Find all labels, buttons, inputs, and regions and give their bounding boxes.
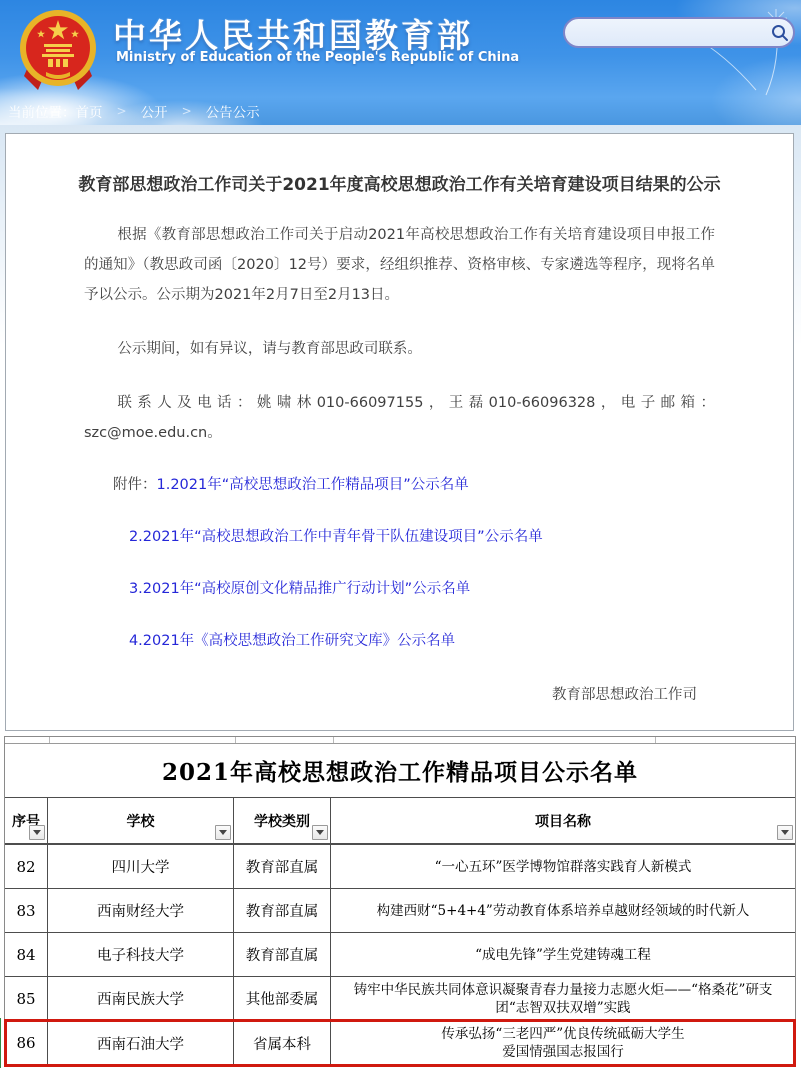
document-title: 教育部思想政治工作司关于2021年度高校思想政治工作有关培育建设项目结果的公示 — [6, 174, 793, 196]
row-project: 构建西财“5+4+4”劳动教育体系培养卓越财经领域的时代新人 — [331, 889, 795, 932]
search-bar — [563, 17, 795, 48]
column-header-project: 项目名称 — [331, 798, 795, 843]
paragraph: 公示期间，如有异议，请与教育部思政司联系。 — [84, 334, 715, 364]
table-title: 2021年高校思想政治工作精品项目公示名单 — [5, 743, 795, 798]
attachment-link-3[interactable]: 3.2021年“高校原创文化精品推广行动计划”公示名单 — [129, 581, 470, 597]
filter-dropdown-icon[interactable] — [215, 825, 231, 840]
table-header-row: 序号 学校 学校类别 项目名称 — [5, 798, 795, 845]
row-no: 84 — [5, 933, 48, 976]
column-header-category: 学校类别 — [234, 798, 331, 843]
row-no: 83 — [5, 889, 48, 932]
document-body: 根据《教育部思想政治工作司关于启动2021年高校思想政治工作有关培育建设项目申报… — [6, 220, 793, 762]
row-category: 教育部直属 — [234, 845, 331, 888]
paragraph: 根据《教育部思想政治工作司关于启动2021年高校思想政治工作有关培育建设项目申报… — [84, 220, 715, 310]
filter-dropdown-icon[interactable] — [29, 825, 45, 840]
attachment-link-4[interactable]: 4.2021年《高校思想政治工作研究文库》公示名单 — [129, 633, 455, 649]
paragraph: 联系人及电话：姚啸林010-66097155，王磊010-66096328，电子… — [84, 388, 715, 448]
breadcrumb-label: 当前位置： — [8, 101, 76, 121]
row-project: 铸牢中华民族共同体意识凝聚青春力量接力志愿火炬——“格桑花”研支 团“志智双扶双… — [331, 977, 795, 1020]
attachment-link-2[interactable]: 2.2021年“高校思想政治工作中青年骨干队伍建设项目”公示名单 — [129, 529, 543, 545]
document-panel: 教育部思想政治工作司关于2021年度高校思想政治工作有关培育建设项目结果的公示 … — [5, 133, 794, 731]
table-row-highlighted: 86 西南石油大学 省属本科 传承弘扬“三老四严”优良传统砥砺大学生 爱国情强国… — [5, 1021, 795, 1065]
row-project: “一心五环”医学博物馆群落实践育人新模式 — [331, 845, 795, 888]
row-school: 电子科技大学 — [48, 933, 234, 976]
breadcrumb-separator: > — [117, 104, 127, 118]
row-no: 85 — [5, 977, 48, 1020]
attachment-line: 附件：1.2021年“高校思想政治工作精品项目”公示名单 — [84, 470, 715, 500]
attachment-line: 2.2021年“高校思想政治工作中青年骨干队伍建设项目”公示名单 — [84, 522, 715, 552]
row-project: “成电先锋”学生党建铸魂工程 — [331, 933, 795, 976]
row-school: 西南石油大学 — [48, 1021, 234, 1065]
national-emblem-icon — [16, 6, 100, 92]
breadcrumb-item-gonggao[interactable]: 公告公示 — [206, 101, 260, 121]
row-school: 西南民族大学 — [48, 977, 234, 1020]
search-input[interactable] — [565, 19, 766, 46]
search-icon — [771, 24, 789, 42]
row-no: 82 — [5, 845, 48, 888]
table-row: 82 四川大学 教育部直属 “一心五环”医学博物馆群落实践育人新模式 — [5, 845, 795, 889]
search-button[interactable] — [766, 19, 793, 46]
row-school: 四川大学 — [48, 845, 234, 888]
filter-dropdown-icon[interactable] — [312, 825, 328, 840]
table-row: 85 西南民族大学 其他部委属 铸牢中华民族共同体意识凝聚青春力量接力志愿火炬—… — [5, 977, 795, 1021]
site-header: 中华人民共和国教育部 Ministry of Education of the … — [0, 0, 801, 125]
filter-dropdown-icon[interactable] — [777, 825, 793, 840]
site-subtitle: Ministry of Education of the People's Re… — [116, 50, 519, 65]
row-no: 86 — [5, 1021, 48, 1065]
table-row: 83 西南财经大学 教育部直属 构建西财“5+4+4”劳动教育体系培养卓越财经领… — [5, 889, 795, 933]
attachments-label: 附件： — [113, 477, 157, 493]
column-header-school: 学校 — [48, 798, 234, 843]
row-category: 教育部直属 — [234, 933, 331, 976]
signature: 教育部思想政治工作司 — [84, 680, 715, 710]
sheet-top-strip — [5, 737, 795, 743]
row-category: 省属本科 — [234, 1021, 331, 1065]
breadcrumb: 当前位置： 首页 > 公开 > 公告公示 — [0, 96, 801, 125]
attachment-line: 3.2021年“高校原创文化精品推广行动计划”公示名单 — [84, 574, 715, 604]
attachment-link-1[interactable]: 1.2021年“高校思想政治工作精品项目”公示名单 — [157, 477, 469, 493]
announcement-table: 2021年高校思想政治工作精品项目公示名单 序号 学校 学校类别 项目名称 82… — [4, 736, 796, 1066]
column-header-no: 序号 — [5, 798, 48, 843]
breadcrumb-separator: > — [182, 104, 192, 118]
table-row: 84 电子科技大学 教育部直属 “成电先锋”学生党建铸魂工程 — [5, 933, 795, 977]
row-school: 西南财经大学 — [48, 889, 234, 932]
row-project: 传承弘扬“三老四严”优良传统砥砺大学生 爱国情强国志报国行 — [331, 1021, 795, 1065]
row-category: 其他部委属 — [234, 977, 331, 1020]
attachment-line: 4.2021年《高校思想政治工作研究文库》公示名单 — [84, 626, 715, 656]
row-category: 教育部直属 — [234, 889, 331, 932]
breadcrumb-item-home[interactable]: 首页 — [76, 101, 103, 121]
breadcrumb-item-gongkai[interactable]: 公开 — [141, 101, 168, 121]
